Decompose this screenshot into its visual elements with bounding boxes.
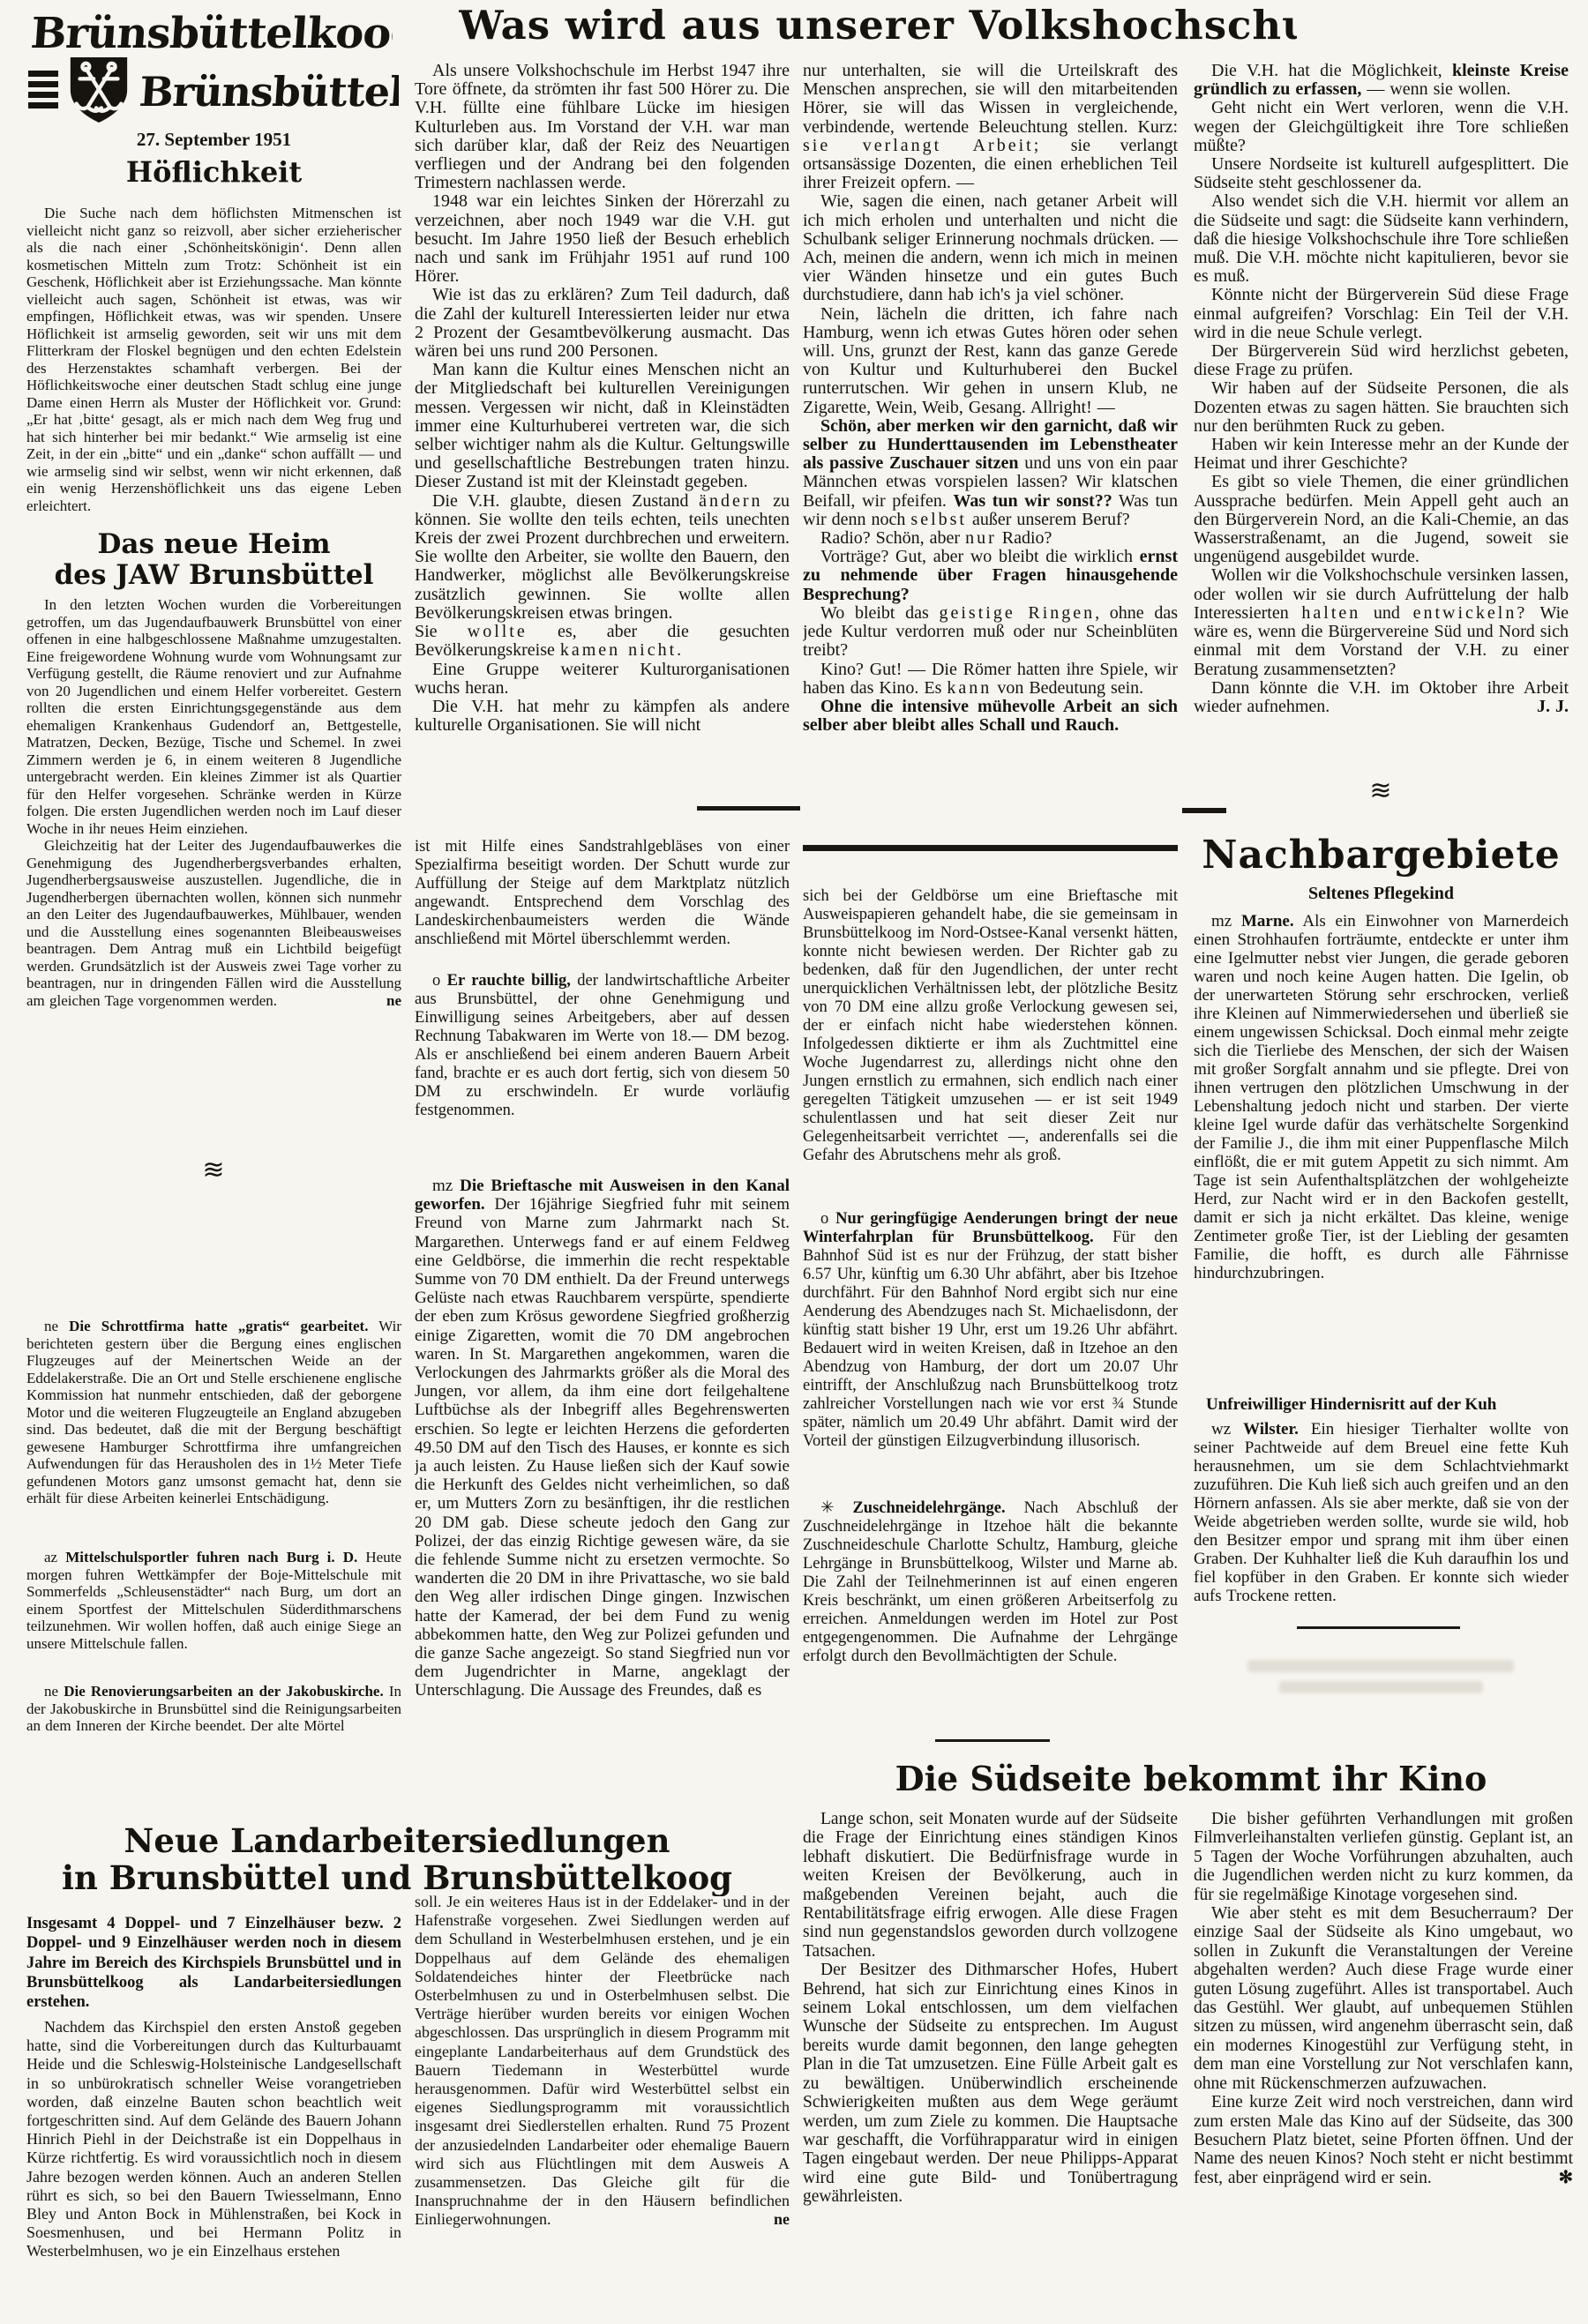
margin-dash [1182,808,1226,813]
article-end-rule-1 [697,806,800,811]
newspaper-page: Brünsbüttelkoog Brünsbüttel [0,0,1588,2324]
article-end-rule-2 [803,845,1178,851]
section-title-landarbeitersiedlungen: Neue Landarbeitersiedlungen in Brunsbütt… [44,1822,750,1896]
news-item-mittelschulsportler: az Mittelschulsportler fuhren nach Burg … [26,1549,401,1652]
lead-article-col4: Die V.H. hat die Möglichkeit, kleinste K… [1194,62,1569,716]
short-rule-kino [935,1739,1050,1742]
land-article-col2: soll. Je ein weiteres Haus ist in der Ed… [415,1893,790,2230]
news-item-winterfahrplan: o Nur geringfügige Aenderungen bringt de… [803,1210,1178,1451]
jaw-title-line1: Das neue Heim [26,529,401,560]
lead-article-col2: Als unsere Volkshochschule im Herbst 194… [415,62,790,735]
article-title-hoeflichkeit: Höflichkeit [26,155,401,189]
news-item-moertel-fortsetzung: ist mit Hilfe eines Sandstrahlgebläses v… [415,838,790,949]
section-title-kino: Die Südseite bekommt ihr Kino [891,1759,1491,1798]
masthead-wing-left-icon [28,67,58,117]
squiggle-divider-2: ≋ [1194,780,1569,803]
squiggle-divider-1: ≋ [26,1159,401,1182]
news-item-schrottfirma: ne Die Schrottfirma hatte „gratis“ gearb… [26,1318,401,1507]
masthead-row: Brünsbüttel [28,55,399,129]
print-show-through-artifact [1235,1651,1526,1702]
article-body-hoeflichkeit: Die Suche nach dem höflichsten Mitmensch… [26,205,401,514]
land-title-line1: Neue Landarbeitersiedlungen [44,1822,750,1859]
lead-headline: Was wird aus unserer Volkshochschule ? [459,2,1297,49]
article-body-jaw: In den letzten Wochen wurden die Vorbere… [26,596,401,1009]
issue-date: 27. September 1951 [26,129,401,151]
news-item-brieftasche-fortsetzung: sich bei der Geldbörse um eine Brieftasc… [803,887,1178,1165]
short-rule-kuh [1297,1626,1460,1629]
news-item-kuh-wilster: wz Wilster. Ein hiesiger Tierhalter woll… [1194,1420,1569,1605]
masthead-title-line1: Brünsbüttelkoog [29,9,394,58]
land-article-col1: Nachdem das Kirchspiel den ersten Anstoß… [26,2018,401,2261]
news-item-zuschneidelehrgaenge: ✳ Zuschneidelehrgänge. Nach Abschluß der… [803,1499,1178,1666]
lead-article-col3: nur unterhalten, sie will die Urteilskra… [803,62,1178,735]
crossed-anchors-emblem-icon [65,55,132,129]
news-item-igel-marne: mz Marne. Als ein Einwohner von Marnerde… [1194,912,1569,1282]
kino-article-col4: Die bisher geführten Verhandlungen mit g… [1194,1810,1573,2187]
subhead-pflegekind: Seltenes Pflegekind [1194,884,1569,904]
section-title-nachbargebiete: Nachbargebiete [1194,833,1569,878]
land-title-line2: in Brunsbüttel und Brunsbüttelkoog [44,1859,750,1896]
masthead-title-line2: Brünsbüttel [138,68,399,116]
land-article-intro: Insgesamt 4 Doppel- und 7 Einzelhäuser b… [26,1914,401,2012]
news-item-brieftasche: mz Die Brieftasche mit Ausweisen in den … [415,1177,790,1700]
article-title-jaw: Das neue Heim des JAW Brunsbüttel [26,529,401,591]
news-item-rauchte-billig: o Er rauchte billig, der landwirtschaftl… [415,972,790,1120]
subhead-hindernisritt: Unfreiwilliger Hindernisritt auf der Kuh [1194,1395,1569,1415]
kino-article-col3: Lange schon, seit Monaten wurde auf der … [803,1810,1178,2207]
news-item-renovierung: ne Die Renovierungsarbeiten an der Jakob… [26,1683,401,1735]
jaw-title-line2: des JAW Brunsbüttel [26,560,401,591]
